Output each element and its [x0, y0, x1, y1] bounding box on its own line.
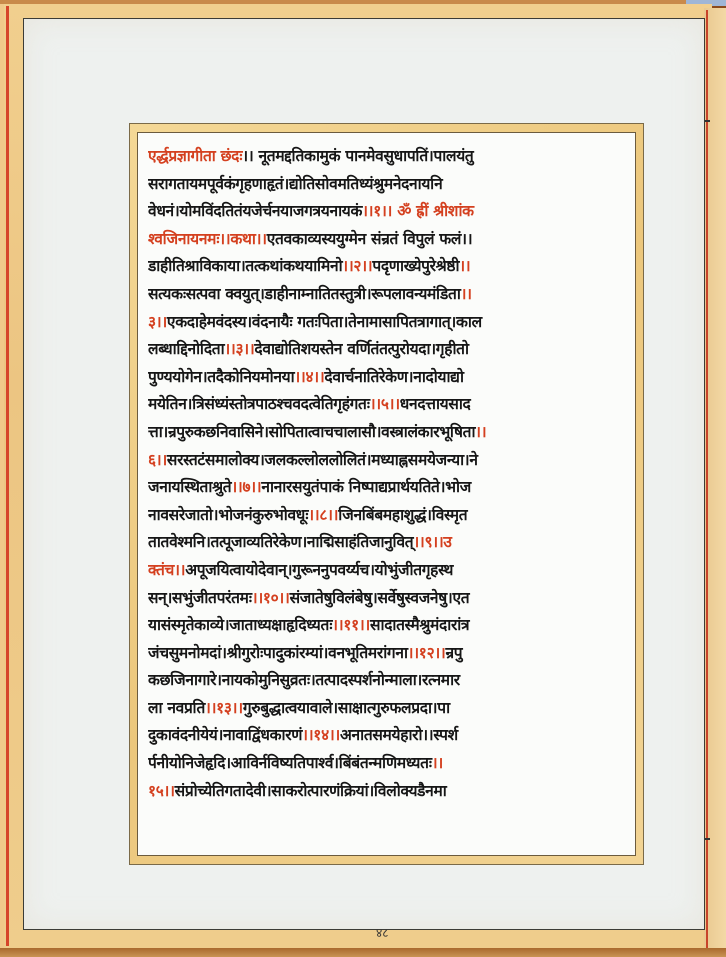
manuscript-line: ६।।सरस्तटंसमालोक्य।जलकल्लोललोलितं।मध्याह…: [148, 447, 629, 475]
body-text: ।। नूतमद्दतिकामुकं पानमेवसुधापतिं।पालयंत…: [242, 147, 473, 165]
body-text: सन्।सभुंजीतपरंतमः: [148, 589, 252, 607]
left-red-margin-rule: [6, 6, 9, 946]
rubric-text: ॐ ह्रीं श्रीशांक: [392, 202, 474, 220]
rubric-text: एर्द्धप्रज्ञागीता छंदः: [148, 147, 242, 165]
body-text: पदृणाख्येपुरेश्रेष्ठी: [372, 257, 459, 275]
manuscript-page: एर्द्धप्रज्ञागीता छंदः।। नूतमद्दतिकामुकं…: [23, 18, 705, 930]
body-text: धनदत्तायसाद: [400, 395, 471, 413]
body-text: लब्धाद्दिनोदिता: [148, 340, 224, 358]
rubric-text: ।।१०।।: [252, 589, 290, 607]
manuscript-line: कछजिनागारे।नायकोमुनिसुव्रतः।तत्पादस्पर्श…: [148, 667, 629, 695]
rubric-text: ।।१४।।: [302, 726, 340, 744]
rubric-text: ६।।: [148, 451, 167, 469]
body-text: दुकावंदनीयेयं।नावाद्विंधकारणं: [148, 726, 302, 744]
rubric-text: ।।१२।।: [408, 644, 446, 662]
rubric-text: ।।: [475, 423, 486, 441]
body-text: एकदाहेमवंदस्य।वंदनायैः गतःपिता।तेनामासाप…: [167, 313, 482, 331]
rubric-text: ।।३।।: [224, 340, 254, 358]
body-text: सरागतायमपूर्वकंगृहणाहृतं।द्योतिसोवमतिध्य…: [148, 175, 442, 193]
body-text: वेधनं।योमविंदतितंयजेर्चनयाजगत्रयनायकं: [148, 202, 362, 220]
right-red-margin-rule: [706, 10, 708, 950]
manuscript-line: दुकावंदनीयेयं।नावाद्विंधकारणं।।१४।।अनातस…: [148, 722, 629, 750]
rubric-text: ।।११।।: [332, 616, 370, 634]
manuscript-line: लब्धाद्दिनोदिता।।३।।देवाद्योतिशयस्तेन वर…: [148, 336, 629, 364]
body-text: देवाद्योतिशयस्तेन वर्णितंतत्पुरोयदा।गृही…: [254, 340, 468, 358]
body-text: डाहीतिश्राविकाया।तत्कथांकथयामिनो: [148, 257, 342, 275]
manuscript-line: ला नवप्रति।।१३।।गुरुबुद्धात्वयावाले।साक्…: [148, 695, 629, 723]
manuscript-line: मयेतिन।त्रिसंध्यंस्तोत्रपाठश्चवदत्वेतिगृ…: [148, 391, 629, 419]
manuscript-line: १५।।संप्रोच्येतिगतादेवी।साकरोत्पारणंक्रि…: [148, 778, 629, 806]
body-text: तातवेश्मनि।तत्पूजाव्यतिरेकेण।नाद्मिसाहंत…: [148, 533, 413, 551]
manuscript-line: तातवेश्मनि।तत्पूजाव्यतिरेकेण।नाद्मिसाहंत…: [148, 529, 629, 557]
manuscript-line: एर्द्धप्रज्ञागीता छंदः।। नूतमद्दतिकामुकं…: [148, 143, 629, 171]
body-text: अनातसमयेहारो।।स्पर्श: [340, 726, 458, 744]
rubric-text: ।।९।।उ: [413, 533, 451, 551]
manuscript-line: त्ता।न्रपुरुकछनिवासिने।सोपितात्वाचचालासौ…: [148, 419, 629, 447]
rubric-text: ।।: [461, 285, 472, 303]
body-text: पुण्ययोगेन।तदैकोनियमोनया: [148, 368, 294, 386]
manuscript-line: क्तंच।।अपूजयित्वायोदेवान्।गुरूननुपवर्य्य…: [148, 557, 629, 585]
manuscript-line: ३।।एकदाहेमवंदस्य।वंदनायैः गतःपिता।तेनामा…: [148, 309, 629, 337]
manuscript-line: जंचसुमनोमदां।श्रीगुरोःपादुकांरम्यां।वनभू…: [148, 640, 629, 668]
body-text: जिनबिंबमहाशुद्धं।विस्मृत: [338, 506, 467, 524]
body-text: कछजिनागारे।नायकोमुनिसुव्रतः।तत्पादस्पर्श…: [148, 671, 460, 689]
text-panel: एर्द्धप्रज्ञागीता छंदः।। नूतमद्दतिकामुकं…: [137, 132, 636, 856]
manuscript-line: जनायस्थिताश्रुते।।७।।नानारसयुतंपाकं निष्…: [148, 474, 629, 502]
rubric-text: ।।४।।: [294, 368, 324, 386]
rubric-text: ३।।: [148, 313, 167, 331]
body-text: सादातस्मैश्रुमंदारांत्र: [370, 616, 469, 634]
manuscript-line: वेधनं।योमविंदतितंयजेर्चनयाजगत्रयनायकं।।१…: [148, 198, 629, 226]
rubric-text: ।।७।।: [231, 478, 261, 496]
rubric-text: १५।।: [148, 782, 175, 800]
body-text: नावसरेजातो।भोजनंकुरुभोवधूः: [148, 506, 308, 524]
body-text: नानारसयुतंपाकं निष्पाद्यप्रार्थयतिते।भोज: [261, 478, 471, 496]
rubric-text: ।।१३।।: [205, 699, 243, 717]
body-text: जंचसुमनोमदां।श्रीगुरोःपादुकांरम्यां।वनभू…: [148, 644, 408, 662]
rubric-text: ।।: [432, 754, 443, 772]
body-text: ला नवप्रति: [148, 699, 205, 717]
body-text: देवार्चनातिरेकेण।नादोयाद्यो: [324, 368, 463, 386]
body-text: जनायस्थिताश्रुते: [148, 478, 231, 496]
rubric-text: ।।: [459, 257, 470, 275]
body-text: संप्रोच्येतिगतादेवी।साकरोत्पारणंक्रियां।…: [175, 782, 447, 800]
body-text: अपूजयित्वायोदेवान्।गुरूननुपवर्य्यच।योभुं…: [185, 561, 453, 579]
manuscript-line: पुण्ययोगेन।तदैकोनियमोनया।।४।।देवार्चनाति…: [148, 364, 629, 392]
body-text: त्ता।न्रपुरुकछनिवासिने।सोपितात्वाचचालासौ…: [148, 423, 475, 441]
body-text: गुरुबुद्धात्वयावाले।साक्षात्गुरुफलप्रदा।…: [243, 699, 450, 717]
gilded-text-frame: एर्द्धप्रज्ञागीता छंदः।। नूतमद्दतिकामुकं…: [129, 123, 644, 865]
book-bottom-edge: [0, 948, 726, 957]
rubric-text: ।।८।।: [308, 506, 338, 524]
manuscript-line: डाहीतिश्राविकाया।तत्कथांकथयामिनो।।२।।पदृ…: [148, 253, 629, 281]
body-text: सत्यकःसत्पवा क्वयुत्।डाहीनाम्नातितस्तुत्…: [148, 285, 461, 303]
body-text: मयेतिन।त्रिसंध्यंस्तोत्रपाठश्चवदत्वेतिगृ…: [148, 395, 370, 413]
body-text: यासंस्मृतेकाव्ये।जाताध्यक्षाहृदिध्यतः: [148, 616, 332, 634]
page-number: ४८: [376, 924, 388, 941]
manuscript-line: यासंस्मृतेकाव्ये।जाताध्यक्षाहृदिध्यतः।।१…: [148, 612, 629, 640]
body-text: एतवकाव्यस्ययुग्मेन संन्रतं विपुलं फलं।।: [267, 230, 473, 248]
manuscript-line: सत्यकःसत्पवा क्वयुत्।डाहीनाम्नातितस्तुत्…: [148, 281, 629, 309]
rubric-text: श्वजिनायनमः।।कथा।।: [148, 230, 267, 248]
manuscript-line: सरागतायमपूर्वकंगृहणाहृतं।द्योतिसोवमतिध्य…: [148, 171, 629, 199]
manuscript-line: र्पनीयोनिजेहृदि।आविर्नविष्यतिपार्श्व।बिं…: [148, 750, 629, 778]
manuscript-line: नावसरेजातो।भोजनंकुरुभोवधूः।।८।।जिनबिंबमह…: [148, 502, 629, 530]
manuscript-line: श्वजिनायनमः।।कथा।।एतवकाव्यस्ययुग्मेन संन…: [148, 226, 629, 254]
rubric-text: क्तंच।।: [148, 561, 185, 579]
body-text: र्पनीयोनिजेहृदि।आविर्नविष्यतिपार्श्व।बिं…: [148, 754, 432, 772]
rubric-text: ।।२।।: [342, 257, 372, 275]
body-text: संजातेषुविलंबेषु।सर्वेषुस्वजनेषु।एत: [290, 589, 470, 607]
manuscript-line: सन्।सभुंजीतपरंतमः।।१०।।संजातेषुविलंबेषु।…: [148, 585, 629, 613]
rubric-text: ।।५।।: [370, 395, 400, 413]
body-text: न्रपु: [445, 644, 462, 662]
body-text: सरस्तटंसमालोक्य।जलकल्लोललोलितं।मध्याह्नस…: [167, 451, 478, 469]
rubric-text: ।।१।।: [362, 202, 392, 220]
